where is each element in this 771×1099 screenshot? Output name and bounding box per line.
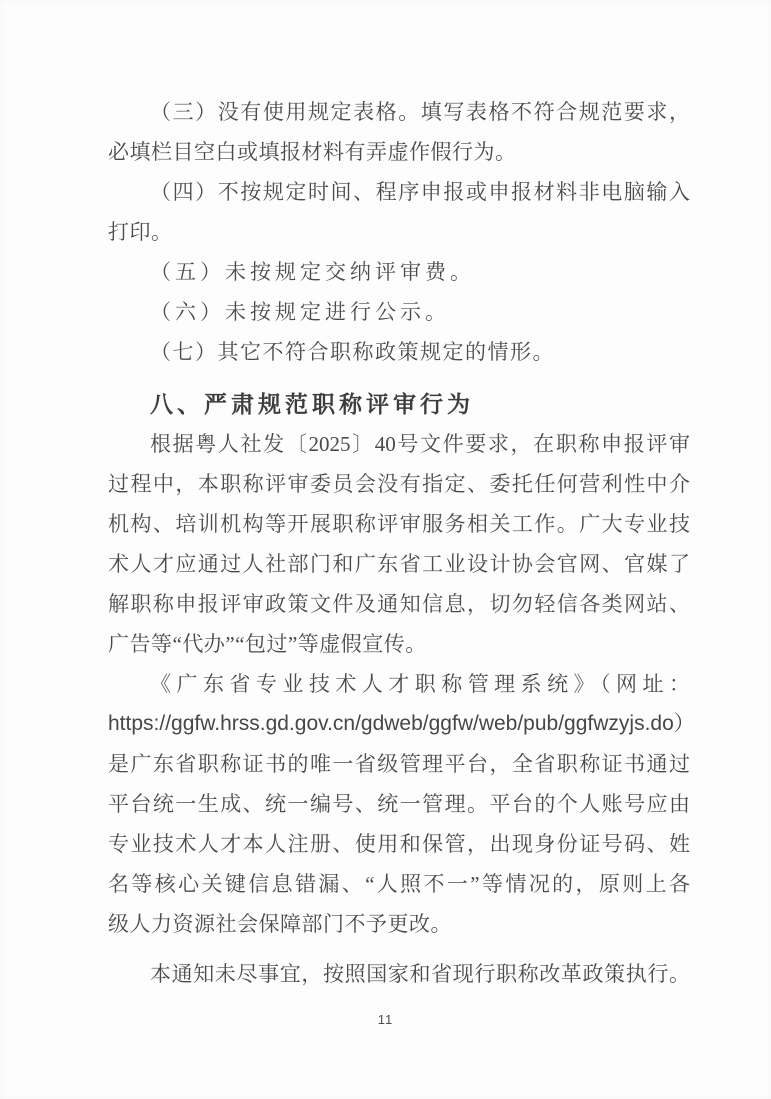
doc-line: 级人力资源社会保障部门不予更改。 [108,904,690,944]
doc-line: 解职称申报评审政策文件及通知信息，切勿轻信各类网站、 [108,584,690,624]
doc-line: 术人才应通过人社部门和广东省工业设计协会官网、官媒了 [108,544,690,584]
document-body: （三）没有使用规定表格。填写表格不符合规范要求， 必填栏目空白或填报材料有弄虚作… [0,0,771,994]
doc-line: 本通知未尽事宜，按照国家和省现行职称改革政策执行。 [108,954,690,994]
doc-line: 《广东省专业技术人才职称管理系统》（网址： [108,664,690,704]
system-url: https://ggfw.hrss.gd.gov.cn/gdweb/ggfw/w… [108,704,690,744]
doc-line: 机构、培训机构等开展职称评审服务相关工作。广大专业技 [108,504,690,544]
doc-line: 打印。 [108,212,690,252]
scanned-document-page: { "doc": { "lines": [ { "text": "（三）没有使用… [0,0,771,1099]
doc-line: 过程中，本职称评审委员会没有指定、委托任何营利性中介 [108,464,690,504]
doc-line: （六）未按规定进行公示。 [108,292,690,332]
doc-line: （七）其它不符合职称政策规定的情形。 [108,332,690,372]
doc-line: 名等核心关键信息错漏、“人照不一”等情况的，原则上各 [108,864,690,904]
doc-line: （四）不按规定时间、程序申报或申报材料非电脑输入 [108,172,690,212]
doc-line: （五）未按规定交纳评审费。 [108,252,690,292]
page-number: 11 [0,1012,771,1027]
doc-line: 广告等“代办”“包过”等虚假宣传。 [108,624,690,664]
doc-line: 必填栏目空白或填报材料有弄虚作假行为。 [108,132,690,172]
doc-line: （三）没有使用规定表格。填写表格不符合规范要求， [108,92,690,132]
doc-line: 是广东省职称证书的唯一省级管理平台，全省职称证书通过 [108,744,690,784]
doc-line: 根据粤人社发〔2025〕40号文件要求，在职称申报评审 [108,424,690,464]
section-heading: 八、严肃规范职称评审行为 [108,384,690,424]
doc-line: 平台统一生成、统一编号、统一管理。平台的个人账号应由 [108,784,690,824]
doc-line: 专业技术人才本人注册、使用和保管，出现身份证号码、姓 [108,824,690,864]
